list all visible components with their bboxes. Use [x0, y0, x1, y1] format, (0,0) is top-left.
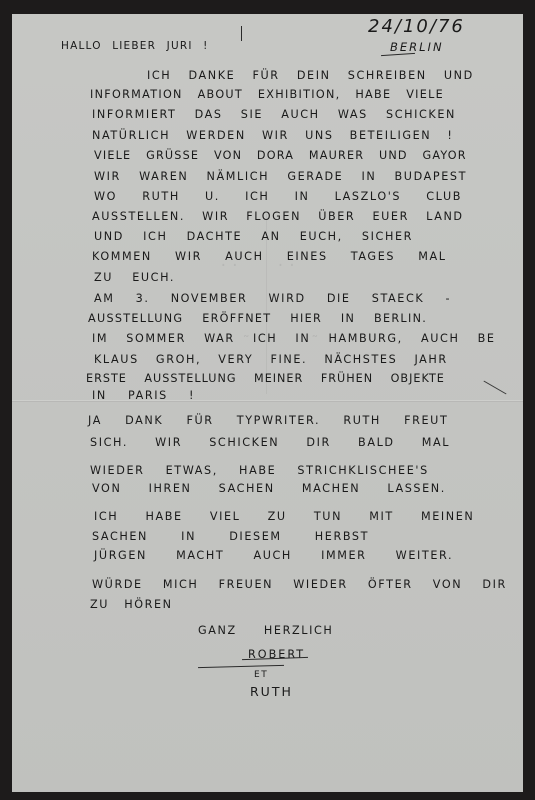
letter-line: Jürgen macht auch immer weiter.	[94, 549, 453, 562]
letter-line: Ich habe viel zu tun mit meinen	[94, 510, 474, 523]
salutation: Hallo lieber Juri !	[61, 40, 209, 52]
signature-underline	[198, 665, 284, 668]
letter-line: informiert das sie auch was schicken	[92, 108, 456, 121]
letter-line: in Paris !	[92, 389, 195, 402]
letter-line: Im Sommer war ich in Hamburg, auch be	[92, 332, 496, 345]
letter-line: Würde mich freuen wieder öfter von dir	[92, 578, 507, 591]
letter-line: und ich dachte an euch, sicher	[94, 230, 413, 243]
letter-line: Ausstellung eröffnet hier in Berlin.	[88, 312, 427, 325]
letter-line: wo Ruth u. ich in Laszlo's Club	[94, 190, 462, 203]
letter-line: sich. Wir schicken dir bald mal	[90, 436, 450, 449]
letter-line: wir waren nämlich gerade in Budapest	[94, 170, 467, 183]
pen-mark	[483, 381, 506, 395]
letter-line: erste Ausstellung meiner frühen Objekte	[86, 372, 445, 385]
letter-line: natürlich werden wir uns beteiligen !	[92, 129, 454, 142]
letter-line: ausstellen. Wir flogen über euer Land	[92, 210, 464, 223]
letter-line: von ihren Sachen machen lassen.	[92, 482, 446, 495]
letter-line: Am 3. November wird die Staeck -	[94, 292, 451, 305]
signature-ruth: Ruth	[250, 684, 293, 699]
letter-line: kommen wir auch eines Tages mal	[92, 250, 447, 263]
letter-line: Viele Grüße von Dora Maurer und Gayor	[94, 149, 467, 162]
horizontal-fold-crease	[12, 400, 523, 402]
letter-line: zu hören	[90, 598, 173, 611]
closing: Ganz herzlich	[198, 624, 333, 637]
letter-line: wieder etwas, habe Strichklischee's	[90, 464, 429, 477]
letter-line: zu euch.	[94, 271, 175, 284]
letter-date: 24/10/76	[368, 16, 465, 37]
letter-page: ˜ .. .. ˜ ˜ 24/10/76 Berlin Hallo lieber…	[12, 14, 523, 792]
city-underline	[381, 53, 415, 56]
letter-line: Ich danke für dein Schreiben und	[147, 69, 474, 82]
letter-line: Sachen in diesem Herbst	[92, 530, 369, 543]
signature-et: et	[254, 670, 268, 680]
pen-mark	[241, 26, 242, 41]
letter-line: information about exhibition, habe viele	[90, 88, 444, 101]
letter-line: Ja Dank für Typwriter. Ruth freut	[88, 414, 448, 427]
letter-line: Klaus Groh, very fine. Nächstes Jahr	[94, 353, 448, 366]
letter-city: Berlin	[390, 40, 444, 54]
